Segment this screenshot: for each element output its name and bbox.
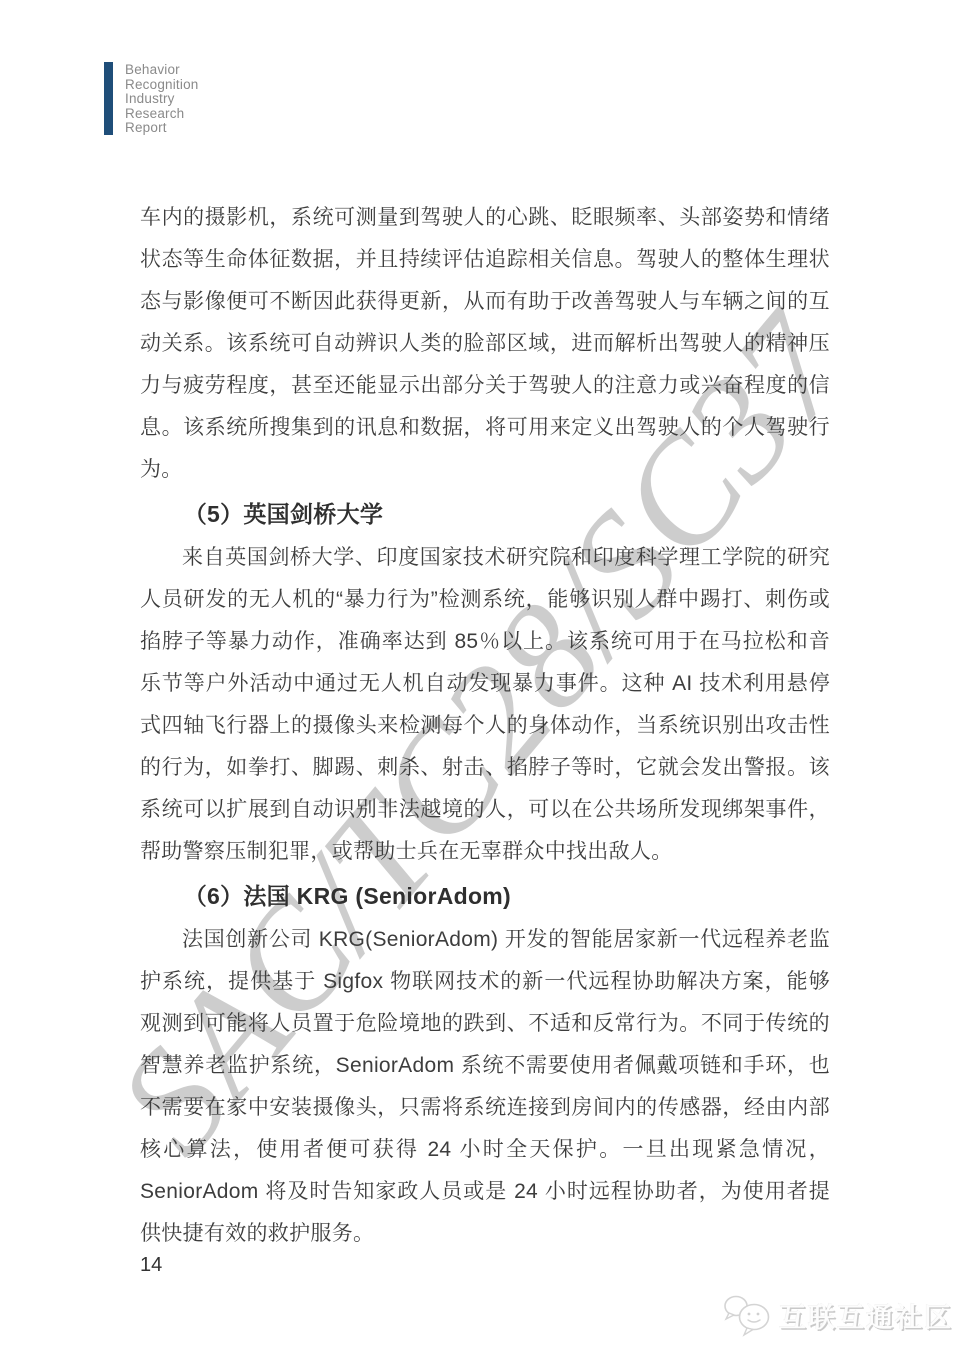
brand-name: 互联互通社区: [779, 1296, 953, 1335]
document-page: Behavior Recognition Industry Research R…: [0, 0, 963, 1360]
report-title-line: Industry: [125, 92, 199, 107]
chat-bubbles-icon: [723, 1292, 775, 1338]
body-paragraph: 法国创新公司 KRG(SeniorAdom) 开发的智能居家新一代远程养老监护系…: [140, 919, 830, 1255]
section-heading-5: （5）英国剑桥大学: [140, 492, 830, 536]
report-title-line: Research: [125, 107, 199, 122]
report-header: Behavior Recognition Industry Research R…: [104, 62, 199, 136]
report-title-line: Report: [125, 121, 199, 136]
body-paragraph: 来自英国剑桥大学、印度国家技术研究院和印度科学理工学院的研究人员研发的无人机的“…: [140, 537, 830, 873]
body-paragraph: 车内的摄影机，系统可测量到驾驶人的心跳、眨眼频率、头部姿势和情绪状态等生命体征数…: [140, 197, 830, 491]
report-title-block: Behavior Recognition Industry Research R…: [125, 62, 199, 136]
section-heading-6: （6）法国 KRG (SeniorAdom): [140, 874, 830, 918]
report-title-line: Recognition: [125, 78, 199, 93]
report-title-line: Behavior: [125, 63, 199, 78]
header-accent-bar: [104, 62, 113, 135]
document-body: 车内的摄影机，系统可测量到驾驶人的心跳、眨眼频率、头部姿势和情绪状态等生命体征数…: [140, 197, 830, 1255]
brand-watermark: 互联互通社区: [723, 1292, 953, 1338]
page-number: 14: [140, 1254, 162, 1277]
